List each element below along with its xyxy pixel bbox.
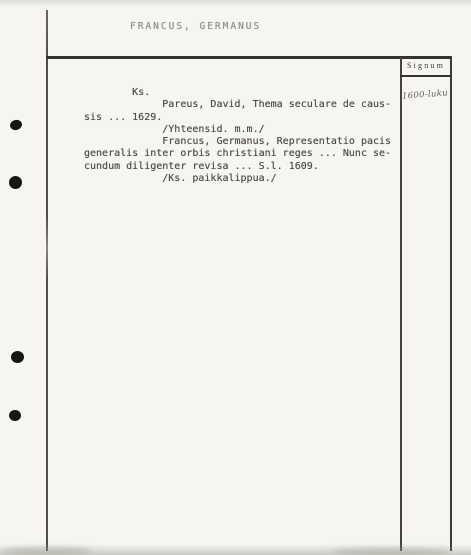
- catalog-entry-text: Ks. Pareus, David, Thema seculare de cau…: [84, 87, 391, 185]
- card-left-edge-line: [46, 10, 48, 551]
- card-heading: FRANCUS, GERMANUS: [130, 21, 261, 32]
- signum-column-header: Signum: [400, 61, 452, 70]
- punch-hole: [9, 119, 23, 132]
- catalog-card-scan: FRANCUS, GERMANUS Signum 1600-luku Ks. P…: [0, 0, 471, 555]
- scan-edge-top: [0, 0, 471, 7]
- card-text-line: generalis inter orbis christiani reges .…: [84, 148, 391, 160]
- card-text-line: Pareus, David, Thema seculare de caus-: [84, 99, 391, 111]
- signum-header-underline: [400, 75, 452, 77]
- card-top-border: [46, 56, 452, 59]
- card-text-line: cundum diligenter revisa ... S.l. 1609.: [84, 161, 391, 173]
- punch-hole: [9, 176, 22, 189]
- scan-smudge: [2, 547, 92, 555]
- punch-hole: [11, 351, 24, 363]
- signum-handwritten-value: 1600-luku: [402, 88, 449, 101]
- card-text-line: /Yhteensid. m.m./: [84, 124, 391, 136]
- scan-smudge: [330, 548, 450, 555]
- card-text-line: Ks.: [84, 87, 391, 99]
- card-text-line: /Ks. paikkalippua./: [84, 173, 391, 185]
- card-text-line: Francus, Germanus, Representatio pacis: [84, 136, 391, 148]
- card-text-line: sis ... 1629.: [84, 112, 391, 124]
- punch-hole: [9, 410, 21, 421]
- signum-column-divider: [400, 57, 402, 551]
- card-right-border: [450, 57, 452, 551]
